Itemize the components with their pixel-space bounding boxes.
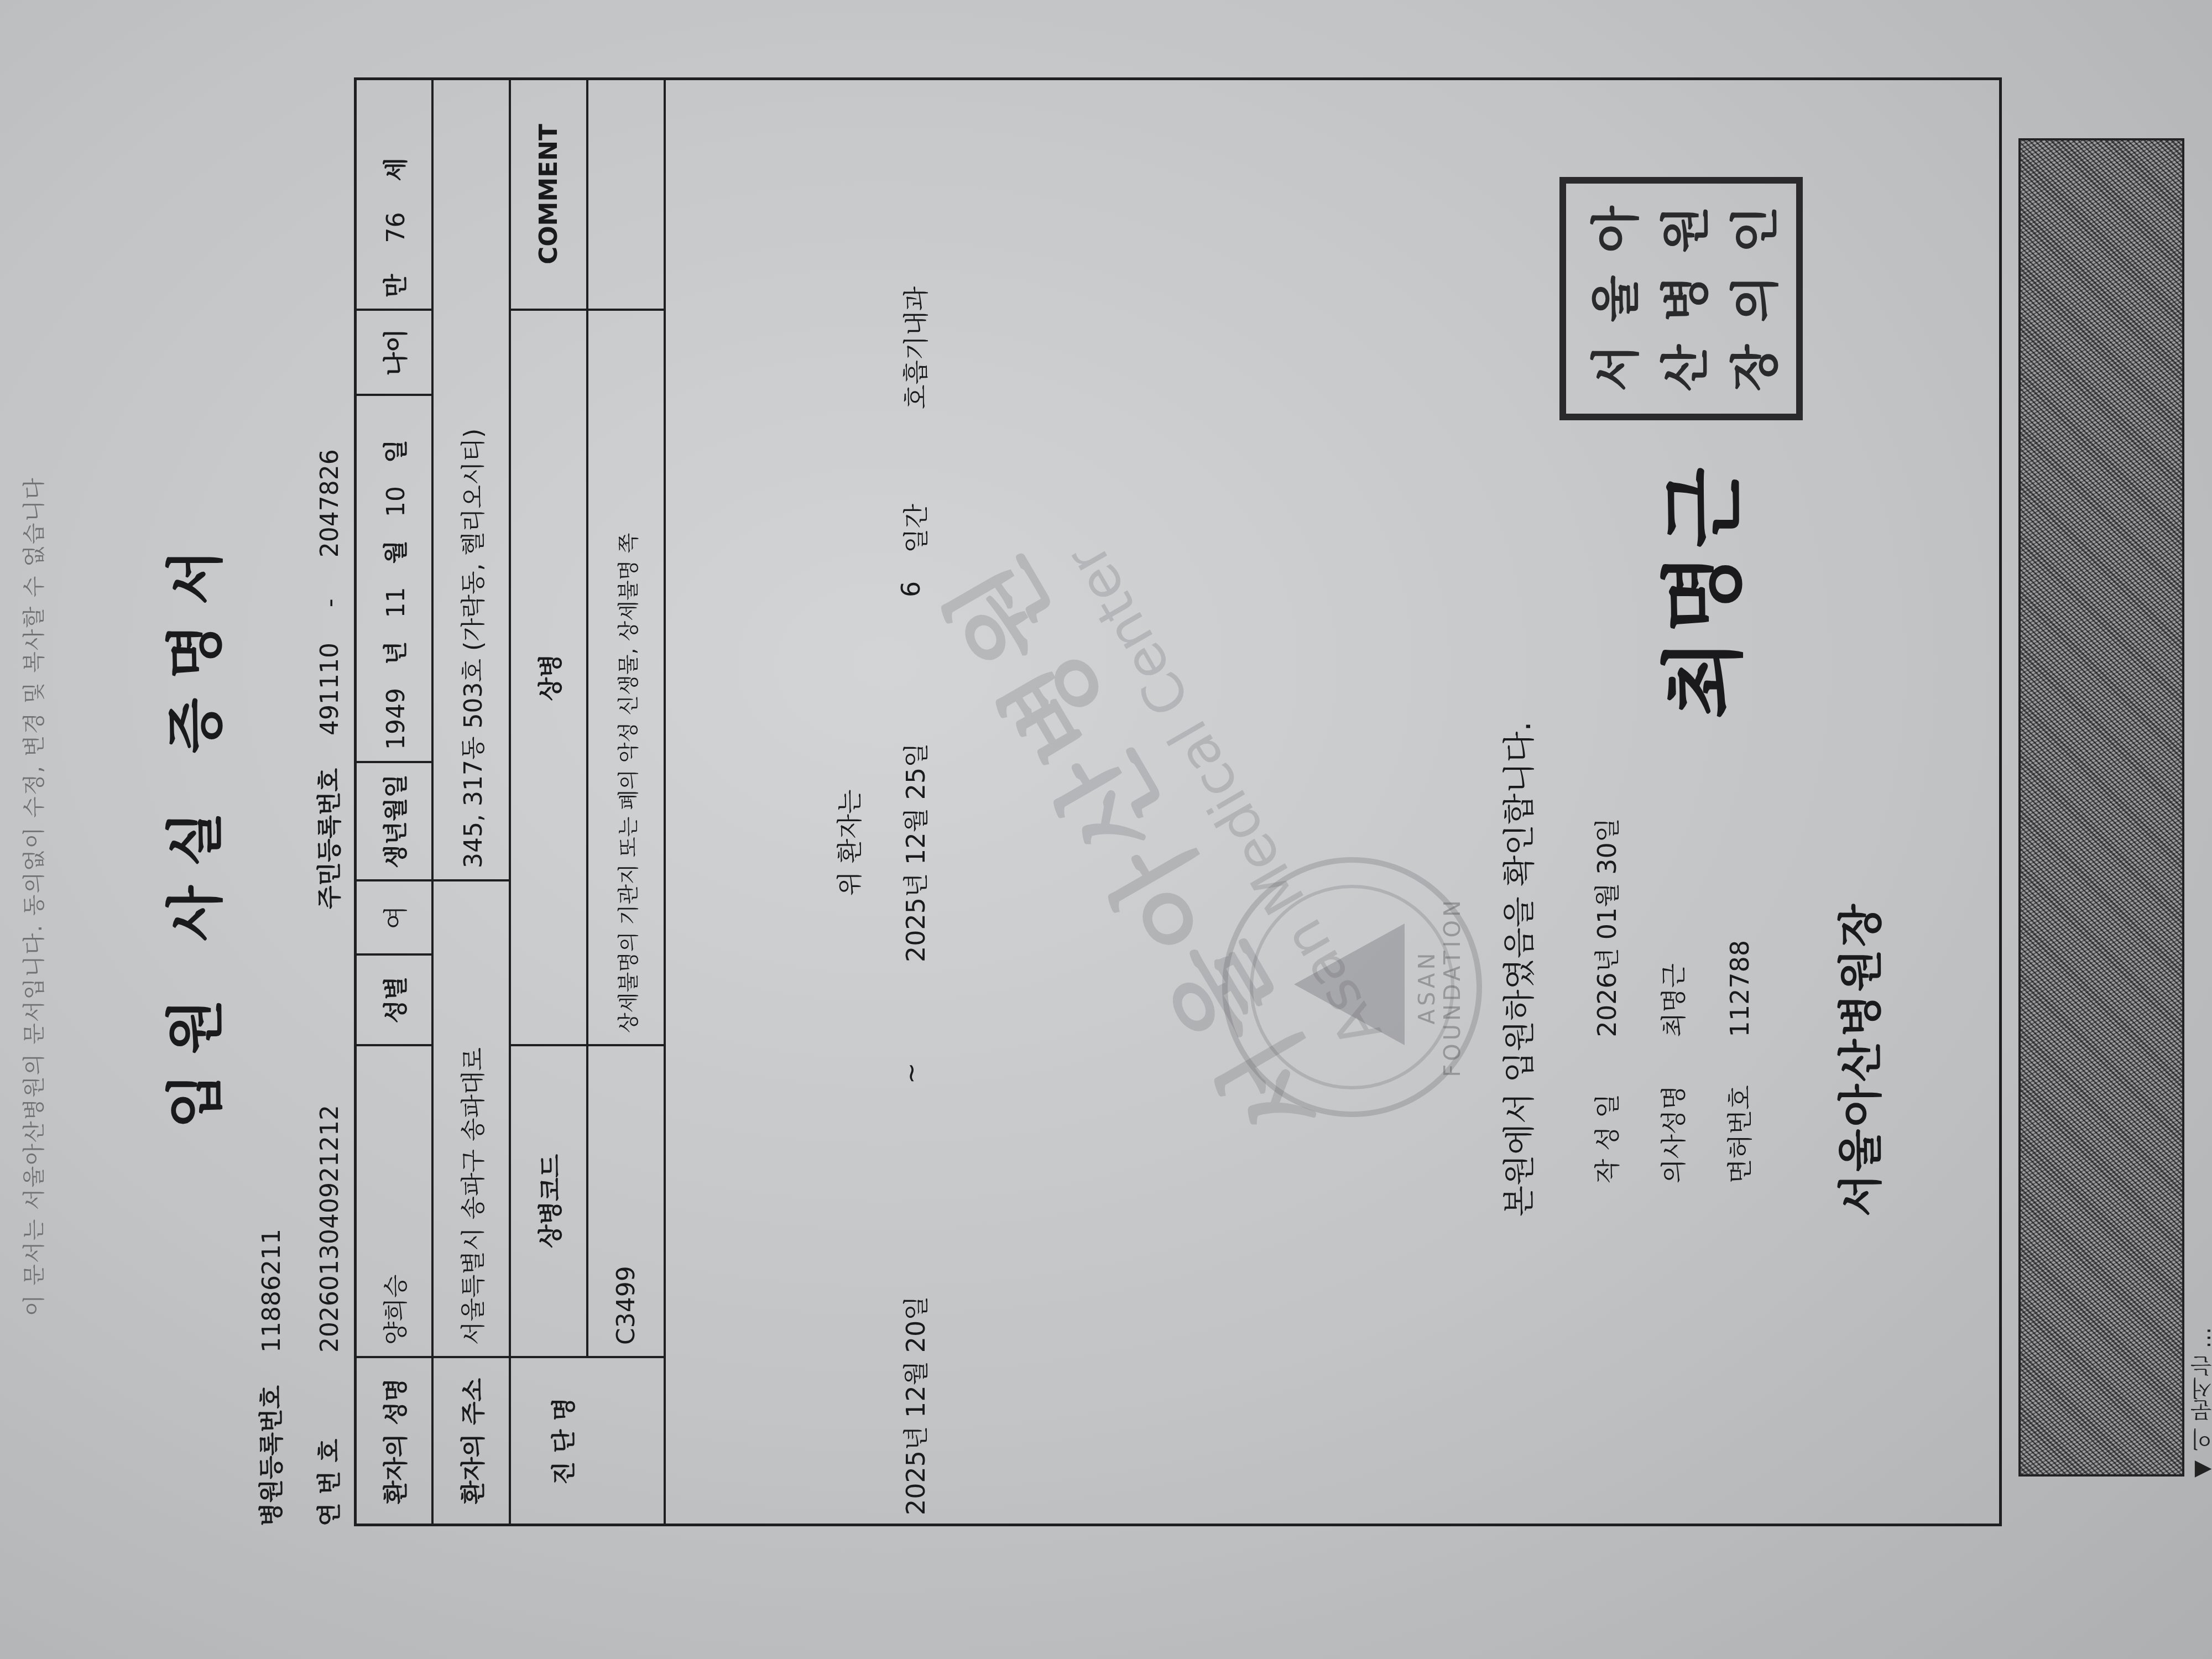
admission-days-unit: 일간	[896, 504, 932, 553]
resident-number-front: 491110	[316, 643, 344, 735]
doctor-signature: 최명근	[1637, 462, 1756, 719]
diagnosis-header-row: 진 단 명 상병코드 상병 COMMENT	[510, 79, 587, 1525]
hospital-registration-value: 11886211	[258, 1229, 286, 1353]
seal-char: 인	[1717, 206, 1786, 253]
age-value: 만 76 세	[355, 79, 432, 310]
birth-label: 생년월일	[355, 762, 432, 880]
diagnosis-col-code: 상병코드	[510, 1045, 587, 1357]
age-number: 76	[382, 212, 410, 243]
age-label: 나이	[355, 310, 432, 395]
seal-char: 원	[1647, 206, 1717, 253]
age-unit: 세	[382, 158, 410, 181]
patient-name: 양희승	[355, 1045, 432, 1357]
admission-department: 호흡기내과	[896, 286, 932, 409]
age-prefix: 만	[382, 274, 410, 298]
certificate-page: 이 문서는 서울아산병원의 문서입니다. 동의없이 수정, 변경 및 복사할 수…	[0, 0, 2212, 1659]
resident-number-separator: -	[316, 598, 344, 607]
doctor-label: 의사성명	[1653, 1045, 1690, 1183]
patient-address-row: 환자의 주소 서울특별시 송파구 송파대로 345, 317동 503호 (가락…	[432, 79, 510, 1525]
admission-intro: 위 환자는	[830, 790, 866, 896]
address-label: 환자의 주소	[432, 1357, 510, 1525]
issue-date-label: 작 성 일	[1587, 1045, 1624, 1183]
birth-month: 11	[382, 587, 410, 618]
diagnosis-row: C3499 상세불명의 기관지 또는 폐의 악성 신생물, 상세불명 쪽	[587, 79, 665, 1525]
hospital-registration-label: 병원등록번호	[252, 1360, 287, 1526]
seal-char: 아	[1577, 206, 1647, 253]
seal-char: 울	[1577, 275, 1647, 322]
birth-date: 1949 년 11 월 10 일	[355, 395, 432, 762]
asan-foundation-emblem-icon: ASAN FOUNDATION	[1222, 857, 1482, 1117]
doctor-name: 최명근	[1658, 963, 1688, 1037]
diagnosis-col-name: 상병	[510, 310, 587, 1045]
resident-number-label: 주민등록번호	[310, 743, 345, 909]
admission-tilde: ~	[896, 1062, 926, 1084]
month-unit: 월	[382, 540, 410, 564]
security-pattern	[2018, 138, 2184, 1477]
emblem-text: ASAN FOUNDATION	[1415, 863, 1465, 1112]
seal-char: 의	[1717, 275, 1786, 322]
official-seal-icon: 서 울 아 산 병 원 장 의 인	[1559, 177, 1803, 420]
admission-start: 2025년 12월 20일	[896, 1296, 932, 1515]
diagnosis-name: 상세불명의 기관지 또는 폐의 악성 신생물, 상세불명 쪽	[587, 310, 665, 1045]
serial-row: 연 번 호 2026013040921212 주민등록번호 491110 - 2…	[310, 383, 345, 1526]
hospital-registration: 병원등록번호 11886211	[252, 1162, 287, 1526]
emblem-mark	[1294, 924, 1405, 1045]
patient-name-row: 환자의 성명 양희승 성별 여 생년월일 1949 년 11 월 10 일 나이…	[355, 79, 432, 1525]
seal-char: 장	[1717, 345, 1786, 392]
license-row: 면허번호 112788	[1720, 940, 1756, 1183]
diagnosis-code: C3499	[587, 1045, 665, 1357]
hospital-director: 서울아산병원장	[1825, 902, 1888, 1217]
day-unit: 일	[382, 440, 410, 463]
copy-notice: 이 문서는 서울아산병원의 문서입니다. 동의없이 수정, 변경 및 복사할 수…	[17, 477, 48, 1316]
confirmation-statement: 본원에서 입원하였음을 확인합니다.	[1493, 721, 1540, 1217]
serial-label: 연 번 호	[310, 1360, 345, 1526]
diagnosis-label: 진 단 명	[510, 1357, 665, 1525]
issue-date: 2026년 01월 30일	[1592, 818, 1622, 1037]
seal-char: 산	[1647, 345, 1717, 392]
seal-char: 서	[1577, 345, 1647, 392]
diagnosis-col-comment: COMMENT	[510, 79, 587, 310]
admission-days: 6	[896, 581, 926, 597]
sex-value: 여	[355, 880, 432, 954]
patient-table: 환자의 성명 양희승 성별 여 생년월일 1949 년 11 월 10 일 나이…	[354, 77, 666, 1526]
diagnosis-comment	[587, 79, 665, 310]
doctor-row: 의사성명 최명근	[1653, 963, 1690, 1183]
seal-char: 병	[1647, 275, 1717, 322]
serial-value: 2026013040921212	[316, 1105, 344, 1353]
license-label: 면허번호	[1720, 1045, 1756, 1183]
document-title: 입원 사실 증명서	[149, 0, 232, 1659]
address-line2: 345, 317동 503호 (가락동, 헬리오시티)	[432, 79, 510, 880]
year-unit: 년	[382, 641, 410, 665]
birth-year: 1949	[382, 688, 410, 750]
issue-date-row: 작 성 일 2026년 01월 30일	[1587, 818, 1624, 1183]
sex-label: 성별	[355, 954, 432, 1045]
patient-name-label: 환자의 성명	[355, 1357, 432, 1525]
birth-day: 10	[382, 486, 410, 517]
address-line1: 서울특별시 송파구 송파대로	[432, 880, 510, 1357]
license-number: 112788	[1725, 940, 1755, 1037]
edge-note: ◀ 이 문서는 ...	[2187, 1327, 2212, 1483]
resident-number-back: 2047826	[316, 449, 344, 557]
admission-end: 2025년 12월 25일	[896, 743, 932, 962]
